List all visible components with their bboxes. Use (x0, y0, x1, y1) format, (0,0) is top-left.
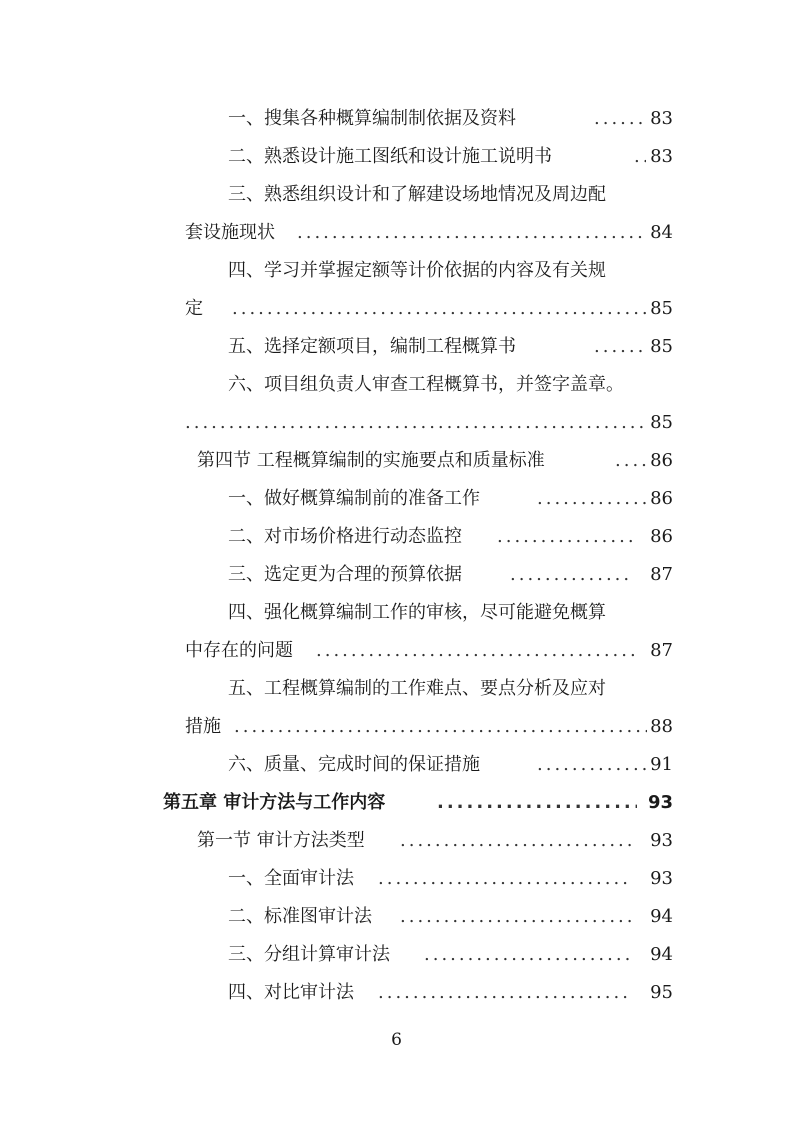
toc-entry-title: 二、标准图审计法 (228, 902, 372, 932)
toc-entry-page: 87 (650, 560, 673, 590)
toc-entry-title: 套设施现状 (185, 218, 275, 248)
toc-entry[interactable]: 措施 .....................................… (0, 712, 793, 742)
toc-entry[interactable]: 二、标准图审计法 ...............................… (0, 902, 793, 932)
toc-entry[interactable]: 一、全面审计法 ................................… (0, 864, 793, 894)
toc-entry-page: 95 (650, 978, 673, 1008)
dot-leader: ........................................… (424, 940, 632, 970)
toc-entry-page: 86 (650, 484, 673, 514)
toc-section-entry[interactable]: 第四节 工程概算编制的实施要点和质量标准 ...................… (0, 446, 793, 476)
toc-entry-title: 第五章 审计方法与工作内容 (163, 788, 385, 818)
toc-entry[interactable]: 六、质量、完成时间的保证措施 .........................… (0, 750, 793, 780)
dot-leader: ........................................… (232, 294, 647, 324)
dot-leader: ........................................… (234, 712, 647, 742)
toc-section-entry[interactable]: 第一节 审计方法类型 .............................… (0, 826, 793, 856)
toc-entry-title: 中存在的问题 (185, 636, 293, 666)
toc-entry-page: 94 (650, 940, 673, 970)
dot-leader: ........................................… (594, 332, 644, 362)
toc-entry[interactable]: 三、选定更为合理的预算依据 ..........................… (0, 560, 793, 590)
toc-entry-title: 二、熟悉设计施工图纸和设计施工说明书 (228, 142, 552, 172)
toc-entry-page: 88 (650, 712, 673, 742)
toc-entry-title: 第一节 审计方法类型 (197, 826, 365, 856)
dot-leader: ........................................… (400, 902, 632, 932)
toc-entry-page: 85 (650, 408, 673, 438)
toc-entry[interactable]: 定 ......................................… (0, 294, 793, 324)
toc-entry[interactable]: 一、做好概算编制前的准备工作 .........................… (0, 484, 793, 514)
toc-entry[interactable]: ........................................… (0, 408, 793, 438)
toc-entry-title: 四、对比审计法 (228, 978, 354, 1008)
toc-chapter-entry[interactable]: 第五章 审计方法与工作内容 ..........................… (0, 788, 793, 818)
toc-entry-title: 六、质量、完成时间的保证措施 (228, 750, 480, 780)
dot-leader: ........................................… (497, 522, 632, 552)
toc-entry-title: 定 (185, 294, 203, 324)
toc-entry-title: 二、对市场价格进行动态监控 (228, 522, 462, 552)
dot-leader: ........................................… (316, 636, 636, 666)
page-number: 6 (0, 1030, 793, 1050)
toc-entry-title: 一、全面审计法 (228, 864, 354, 894)
dot-leader: ........................................… (437, 788, 637, 818)
dot-leader: ........................................… (185, 408, 647, 438)
toc-entry-title: 一、搜集各种概算编制制依据及资料 (228, 104, 516, 134)
dot-leader: ........................................… (537, 750, 647, 780)
dot-leader: ........................................… (400, 826, 632, 856)
toc-entry-title: 四、强化概算编制工作的审核，尽可能避免概算 (228, 598, 606, 628)
toc-entry-wrapped[interactable]: 六、项目组负责人审查工程概算书，并签字盖章。 (0, 370, 793, 400)
toc-entry-page: 86 (650, 446, 673, 476)
toc-entry-wrapped[interactable]: 五、工程概算编制的工作难点、要点分析及应对 (0, 674, 793, 704)
toc-entry[interactable]: 二、对市场价格进行动态监控 ..........................… (0, 522, 793, 552)
toc-entry-wrapped[interactable]: 四、学习并掌握定额等计价依据的内容及有关规 (0, 256, 793, 286)
toc-entry[interactable]: 四、对比审计法 ................................… (0, 978, 793, 1008)
toc-entry-page: 83 (650, 104, 673, 134)
toc-entry-title: 六、项目组负责人审查工程概算书，并签字盖章。 (228, 370, 624, 400)
toc-entry-page: 93 (648, 788, 673, 818)
toc-entry[interactable]: 三、分组计算审计法 ..............................… (0, 940, 793, 970)
dot-leader: ........................................… (537, 484, 647, 514)
toc-entry-title: 三、熟悉组织设计和了解建设场地情况及周边配 (228, 180, 606, 210)
toc-entry-page: 87 (650, 636, 673, 666)
toc-entry-title: 措施 (185, 712, 221, 742)
toc-entry-page: 83 (650, 142, 673, 172)
toc-entry-title: 三、选定更为合理的预算依据 (228, 560, 462, 590)
dot-leader: ........................................… (510, 560, 632, 590)
toc-entry[interactable]: 二、熟悉设计施工图纸和设计施工说明书 .....................… (0, 142, 793, 172)
toc-entry-page: 93 (650, 864, 673, 894)
toc-entry-page: 86 (650, 522, 673, 552)
toc-entry-page: 93 (650, 826, 673, 856)
toc-entry-title: 第四节 工程概算编制的实施要点和质量标准 (197, 446, 545, 476)
dot-leader: ........................................… (594, 104, 644, 134)
toc-entry[interactable]: 五、选择定额项目，编制工程概算书 .......................… (0, 332, 793, 362)
toc-entry[interactable]: 一、搜集各种概算编制制依据及资料 .......................… (0, 104, 793, 134)
dot-leader: ........................................… (634, 142, 646, 172)
toc-entry-title: 三、分组计算审计法 (228, 940, 390, 970)
toc-entry-page: 85 (650, 332, 673, 362)
dot-leader: ........................................… (297, 218, 647, 248)
dot-leader: ........................................… (378, 864, 632, 894)
toc-entry-title: 五、选择定额项目，编制工程概算书 (228, 332, 516, 362)
toc-entry-title: 五、工程概算编制的工作难点、要点分析及应对 (228, 674, 606, 704)
toc-entry-wrapped[interactable]: 四、强化概算编制工作的审核，尽可能避免概算 (0, 598, 793, 628)
toc-entry-page: 94 (650, 902, 673, 932)
toc-entry-title: 四、学习并掌握定额等计价依据的内容及有关规 (228, 256, 606, 286)
toc-entry-wrapped[interactable]: 三、熟悉组织设计和了解建设场地情况及周边配 (0, 180, 793, 210)
toc-entry[interactable]: 套设施现状 ..................................… (0, 218, 793, 248)
toc-entry[interactable]: 中存在的问题 .................................… (0, 636, 793, 666)
toc-entry-page: 91 (650, 750, 673, 780)
dot-leader: ........................................… (615, 446, 647, 476)
toc-entry-page: 85 (650, 294, 673, 324)
toc-entry-page: 84 (650, 218, 673, 248)
dot-leader: ........................................… (378, 978, 632, 1008)
toc-entry-title: 一、做好概算编制前的准备工作 (228, 484, 480, 514)
